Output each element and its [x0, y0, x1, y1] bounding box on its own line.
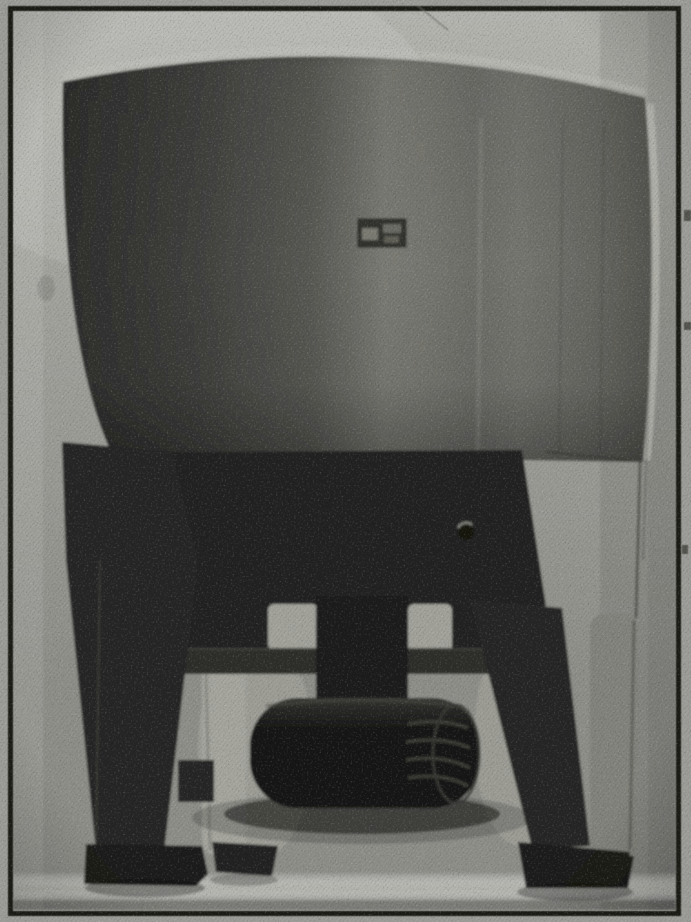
equipment-photograph	[0, 0, 691, 922]
halftone-overlay	[0, 0, 691, 922]
photo-canvas	[0, 0, 691, 922]
